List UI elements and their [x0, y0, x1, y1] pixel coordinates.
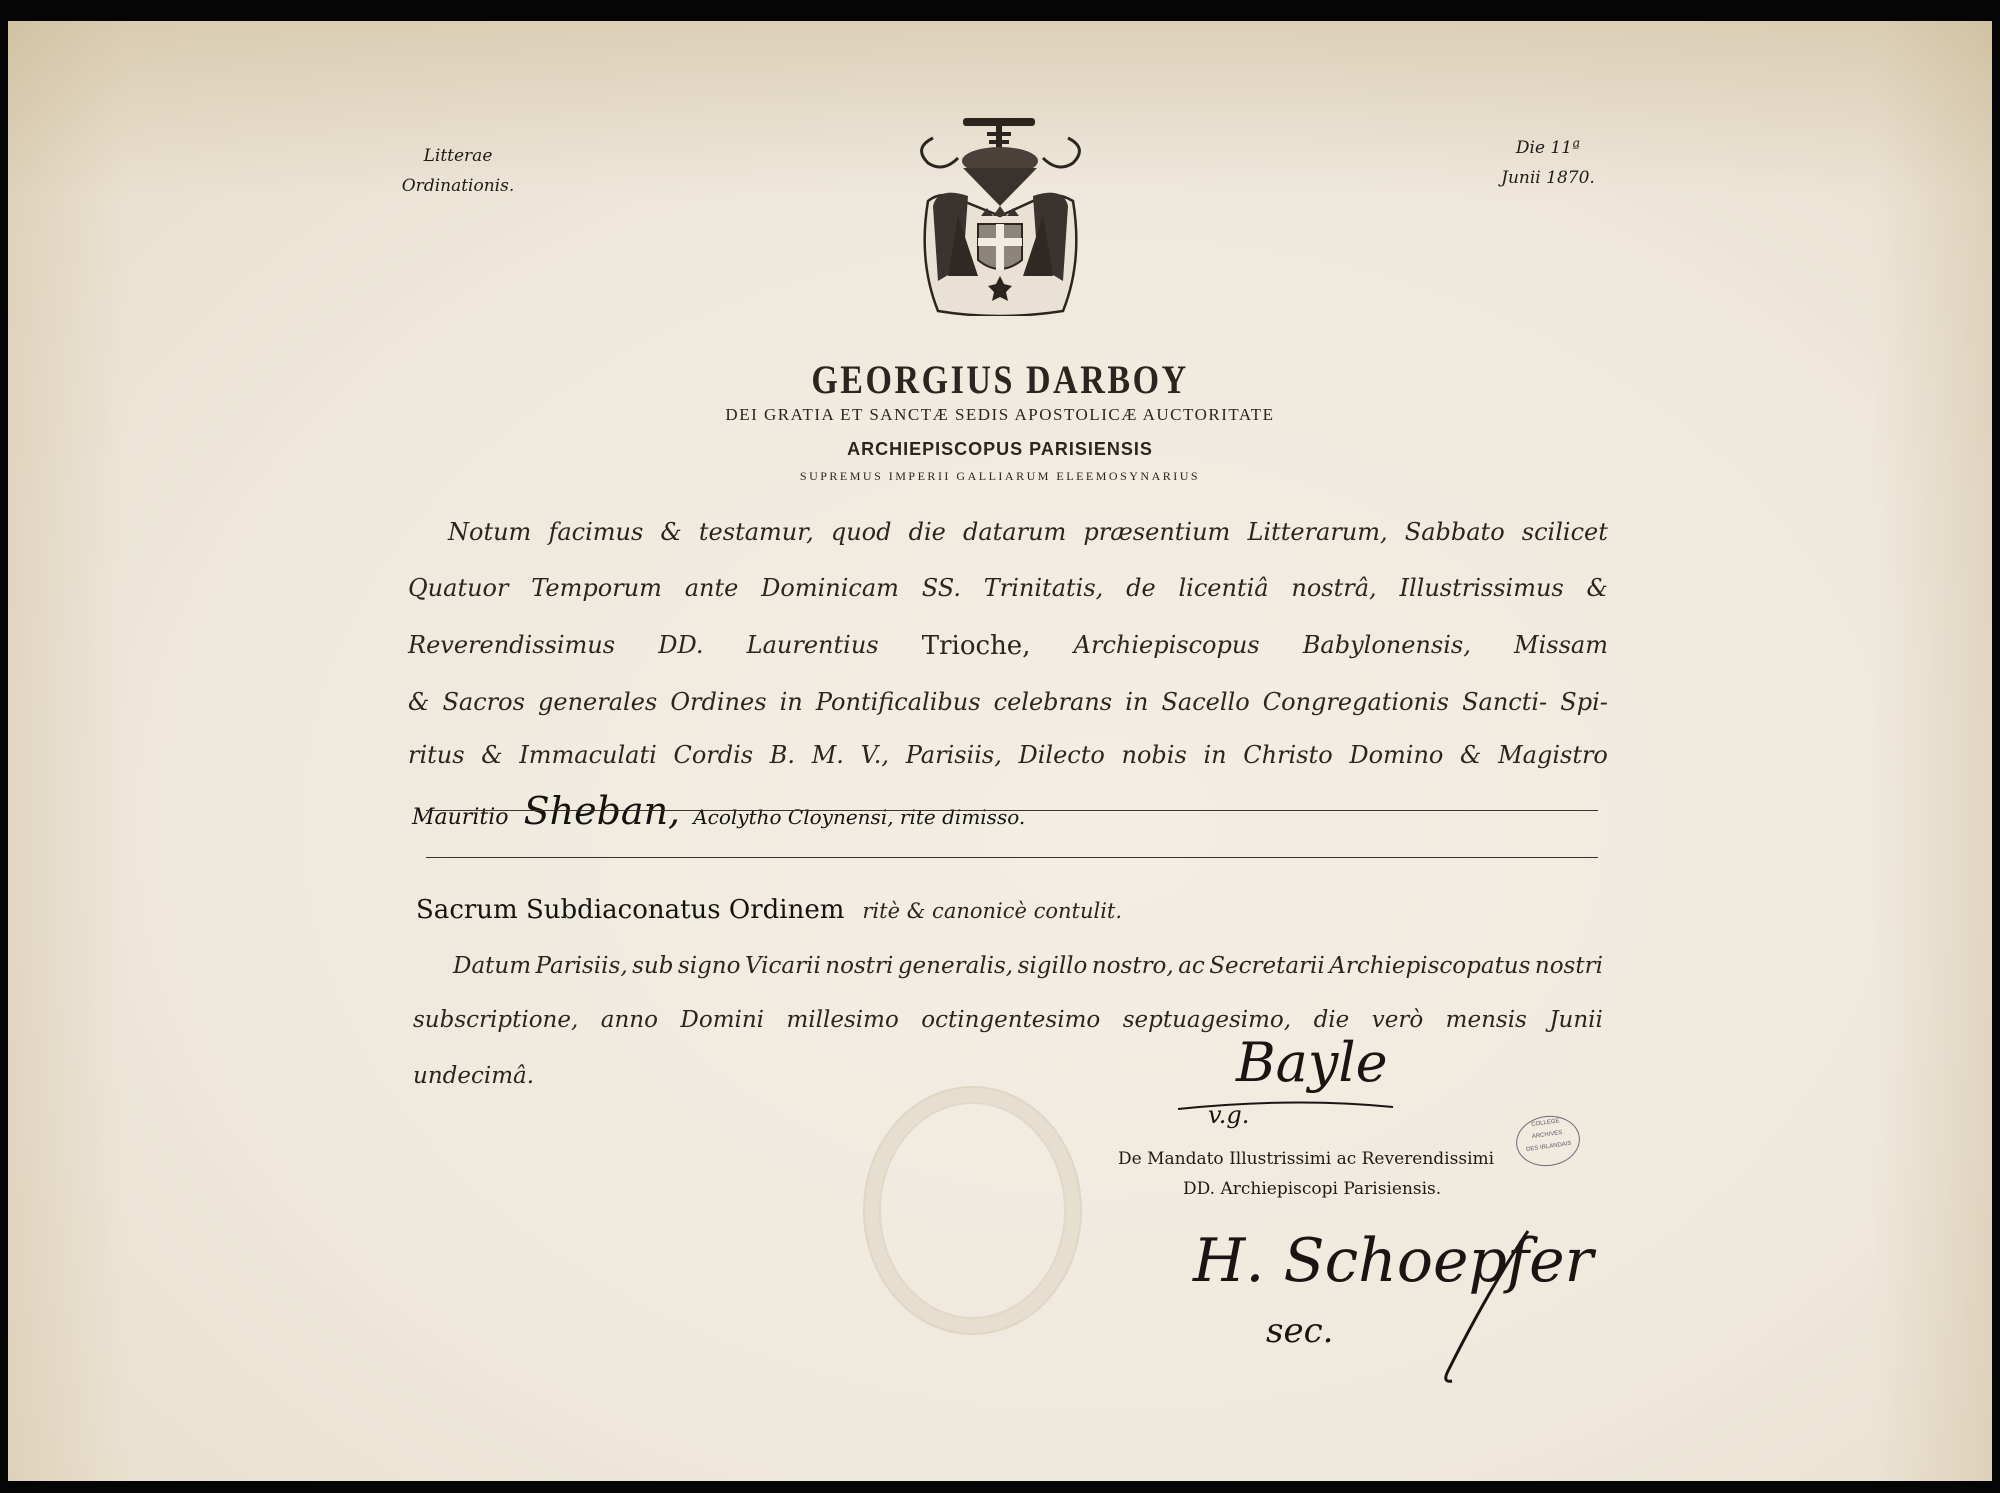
word: Parisiis,: [906, 741, 1002, 769]
word: generalis,: [898, 953, 1013, 979]
word: Junii: [1549, 1007, 1603, 1033]
word: anno: [601, 1007, 658, 1033]
word: in: [1125, 688, 1148, 716]
order-conferred-text: ritè & canonicè contulit.: [862, 899, 1122, 923]
word: Datum: [453, 953, 531, 979]
dating-line-2: subscriptione, anno Domini millesimo oct…: [413, 1007, 1603, 1033]
word: octingentesimo: [921, 1007, 1100, 1033]
word: Missam: [1514, 631, 1608, 661]
order-name: Sacrum Subdiaconatus Ordinem: [416, 895, 844, 925]
word: nostro,: [1092, 953, 1174, 979]
vicar-signature: Bayle: [1236, 1031, 1388, 1094]
embossed-seal: [863, 1086, 1082, 1335]
word: Illustrissimus: [1399, 574, 1563, 602]
document-page: Litterae Ordinationis. Die 11ª Junii 187…: [8, 21, 1992, 1481]
celebrant-name: Trioche,: [922, 631, 1031, 661]
word: de: [1126, 574, 1156, 602]
word: præsentium: [1083, 518, 1230, 546]
word: nostri: [825, 953, 893, 979]
word: Vicarii: [745, 953, 821, 979]
ordinand-description: Acolytho Cloynensi, rite dimisso.: [693, 805, 1025, 829]
dating-line-1: Datum Parisiis, sub signo Vicarii nostri…: [453, 953, 1603, 979]
word: Parisiis,: [536, 953, 628, 979]
word: &: [481, 741, 502, 769]
word: Pontificalibus: [816, 688, 981, 716]
word: B.: [770, 741, 795, 769]
body-line-4: & Sacros generales Ordines in Pontifical…: [408, 688, 1608, 716]
word: quod: [831, 518, 892, 546]
word: signo: [678, 953, 741, 979]
word: celebrans: [994, 688, 1112, 716]
word: Sabbato: [1405, 518, 1505, 546]
word: ante: [685, 574, 739, 602]
word: sub: [632, 953, 673, 979]
body-line-3: Reverendissimus DD. Laurentius Trioche, …: [408, 631, 1608, 661]
word: sigillo: [1018, 953, 1088, 979]
word: M.: [812, 741, 844, 769]
word: Spi-: [1560, 688, 1608, 716]
word: ritus: [408, 741, 465, 769]
word: nobis: [1122, 741, 1187, 769]
word: die: [1314, 1007, 1350, 1033]
secretary-title: sec.: [1266, 1311, 1333, 1351]
body-line-5: ritus & Immaculati Cordis B. M. V., Pari…: [408, 741, 1608, 769]
word: ac: [1178, 953, 1205, 979]
word: V.,: [861, 741, 889, 769]
word: testamur,: [699, 518, 814, 546]
word: mensis: [1446, 1007, 1527, 1033]
word: Secretarii: [1209, 953, 1325, 979]
word: Dilecto: [1019, 741, 1105, 769]
header-line-office: SUPREMUS IMPERII GALLIARUM ELEEMOSYNARIU…: [8, 469, 1992, 484]
mandate-line-2: DD. Archiepiscopi Parisiensis.: [1183, 1174, 1441, 1204]
word: subscriptione,: [413, 1007, 578, 1033]
word: in: [780, 688, 803, 716]
word: DD.: [658, 631, 703, 661]
archbishop-name: GEORGIUS DARBOY: [157, 356, 1843, 403]
word: Quatuor: [408, 574, 508, 602]
word: in: [1203, 741, 1226, 769]
corner-left-line-1: Litterae: [378, 141, 538, 171]
ordinand-first-name: Mauritio: [412, 805, 509, 830]
ordinand-line: Mauritio Sheban, Acolytho Cloynensi, rit…: [412, 789, 1025, 833]
word: Notum: [448, 518, 531, 546]
word: Litterarum,: [1247, 518, 1387, 546]
corner-right-line-2: Junii 1870.: [1468, 163, 1628, 193]
fill-in-rule-1: [426, 810, 1598, 811]
header-line-authority: DEI GRATIA ET SANCTÆ SEDIS APOSTOLICÆ AU…: [8, 405, 1992, 425]
word: Congregationis: [1263, 688, 1449, 716]
word: Magistro: [1498, 741, 1608, 769]
word: &: [1460, 741, 1481, 769]
word: Sancti-: [1462, 688, 1547, 716]
archive-stamp: COLLEGE ARCHIVES DES IRLANDAIS: [1513, 1112, 1583, 1170]
body-line-1: Notum facimus & testamur, quod die datar…: [448, 518, 1608, 546]
word: die: [909, 518, 946, 546]
word: &: [408, 688, 429, 716]
word: Reverendissimus: [408, 631, 615, 661]
word: Laurentius: [747, 631, 879, 661]
vicar-title: v.g.: [1208, 1101, 1249, 1129]
word: scilicet: [1522, 518, 1608, 546]
word: millesimo: [787, 1007, 899, 1033]
word: nostri: [1535, 953, 1603, 979]
word: septuagesimo,: [1123, 1007, 1291, 1033]
word: Archiepiscopatus: [1329, 953, 1530, 979]
header-line-title: ARCHIEPISCOPUS PARISIENSIS: [8, 439, 1992, 460]
dating-line-3: undecimâ.: [413, 1063, 534, 1089]
word: &: [660, 518, 681, 546]
ordinand-surname: Sheban,: [524, 789, 681, 833]
word: Temporum: [531, 574, 662, 602]
word: Trinitatis,: [984, 574, 1104, 602]
word: Domini: [680, 1007, 764, 1033]
document-type-label: Litterae Ordinationis.: [378, 141, 538, 201]
coat-of-arms-icon: [903, 116, 1098, 316]
corner-right-line-1: Die 11ª: [1468, 133, 1628, 163]
word: Babylonensis,: [1303, 631, 1471, 661]
mandate-line-1: De Mandato Illustrissimi ac Reverendissi…: [1118, 1144, 1494, 1174]
corner-left-line-2: Ordinationis.: [378, 171, 538, 201]
word: verò: [1372, 1007, 1423, 1033]
word: datarum: [963, 518, 1066, 546]
body-line-2: Quatuor Temporum ante Dominicam SS. Trin…: [408, 574, 1608, 602]
word: licentiâ: [1178, 574, 1268, 602]
word: Sacello: [1161, 688, 1249, 716]
word: Dominicam: [761, 574, 899, 602]
word: Domino: [1349, 741, 1443, 769]
word: Sacros: [442, 688, 524, 716]
word: Immaculati: [519, 741, 657, 769]
order-conferred-line: Sacrum Subdiaconatus Ordinem ritè & cano…: [416, 895, 1122, 925]
secretary-flourish-icon: [1428, 1211, 1538, 1391]
word: Ordines: [670, 688, 766, 716]
document-date: Die 11ª Junii 1870.: [1468, 133, 1628, 193]
word: Christo: [1243, 741, 1332, 769]
word: generales: [538, 688, 657, 716]
word: SS.: [922, 574, 961, 602]
fill-in-rule-2: [426, 857, 1598, 858]
word: &: [1587, 574, 1608, 602]
word: nostrâ,: [1291, 574, 1376, 602]
word: Archiepiscopus: [1074, 631, 1260, 661]
word: Cordis: [673, 741, 753, 769]
word: facimus: [548, 518, 643, 546]
